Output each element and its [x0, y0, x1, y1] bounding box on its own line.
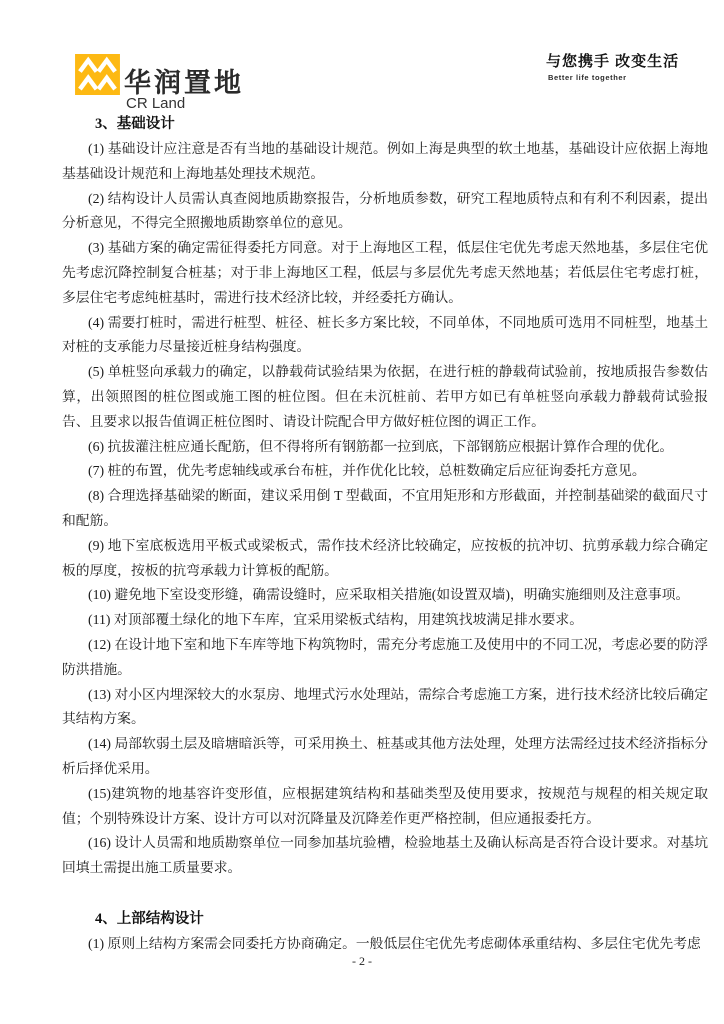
paragraph: (16) 设计人员需和地质勘察单位一同参加基坑验槽，检验地基土及确认标高是否符合… [62, 831, 708, 881]
paragraph: (10) 避免地下室设变形缝，确需设缝时，应采取相关措施(如设置双墙)，明确实施… [62, 583, 708, 608]
section-foundation-design: 3、基础设计 (1) 基础设计应注意是否有当地的基础设计规范。例如上海是典型的软… [62, 112, 708, 881]
section-superstructure-design: 4、上部结构设计 (1) 原则上结构方案需会同委托方协商确定。一般低层住宅优先考… [62, 907, 708, 957]
section-heading: 4、上部结构设计 [62, 907, 708, 932]
slogan-en: Better life together [548, 73, 627, 82]
document-body: 3、基础设计 (1) 基础设计应注意是否有当地的基础设计规范。例如上海是典型的软… [62, 112, 708, 957]
paragraph: (1) 原则上结构方案需会同委托方协商确定。一般低层住宅优先考虑砌体承重结构、多… [62, 932, 708, 957]
document-page: 华润置地 CR Land 与您携手 改变生活 Better life toget… [0, 0, 724, 1024]
paragraph: (5) 单桩竖向承载力的确定，以静载荷试验结果为依据，在进行桩的静载荷试验前，按… [62, 360, 708, 434]
paragraph: (3) 基础方案的确定需征得委托方同意。对于上海地区工程，低层住宅优先考虑天然地… [62, 236, 708, 310]
paragraph: (2) 结构设计人员需认真查阅地质勘察报告，分析地质参数，研究工程地质特点和有利… [62, 187, 708, 237]
paragraph: (11) 对顶部覆土绿化的地下车库，宜采用梁板式结构，用建筑找坡满足排水要求。 [62, 608, 708, 633]
slogan-cn: 与您携手 改变生活 [546, 50, 679, 71]
paragraph: (13) 对小区内埋深较大的水泵房、地埋式污水处理站，需综合考虑施工方案，进行技… [62, 683, 708, 733]
paragraph: (9) 地下室底板选用平板式或梁板式，需作技术经济比较确定，应按板的抗冲切、抗剪… [62, 534, 708, 584]
paragraph: (12) 在设计地下室和地下车库等地下构筑物时，需充分考虑施工及使用中的不同工况… [62, 633, 708, 683]
paragraph: (14) 局部软弱土层及暗塘暗浜等，可采用换土、桩基或其他方法处理，处理方法需经… [62, 732, 708, 782]
paragraph: (15)建筑物的地基容许变形值，应根据建筑结构和基础类型及使用要求，按规范与规程… [62, 782, 708, 832]
page-number: - 2 - [0, 954, 724, 969]
paragraph: (8) 合理选择基础梁的断面，建议采用倒 T 型截面，不宜用矩形和方形截面，并控… [62, 484, 708, 534]
brand-name-en: CR Land [126, 95, 185, 112]
cr-land-logo-icon [75, 54, 120, 95]
paragraph: (7) 桩的布置，优先考虑轴线或承台布桩，并作优化比较，总桩数确定后应征询委托方… [62, 459, 708, 484]
section-heading: 3、基础设计 [62, 112, 708, 137]
paragraph: (1) 基础设计应注意是否有当地的基础设计规范。例如上海是典型的软土地基，基础设… [62, 137, 708, 187]
paragraph: (4) 需要打桩时，需进行桩型、桩径、桩长多方案比较，不同单体，不同地质可选用不… [62, 311, 708, 361]
paragraph: (6) 抗拔灌注桩应通长配筋，但不得将所有钢筋都一拉到底，下部钢筋应根据计算作合… [62, 435, 708, 460]
